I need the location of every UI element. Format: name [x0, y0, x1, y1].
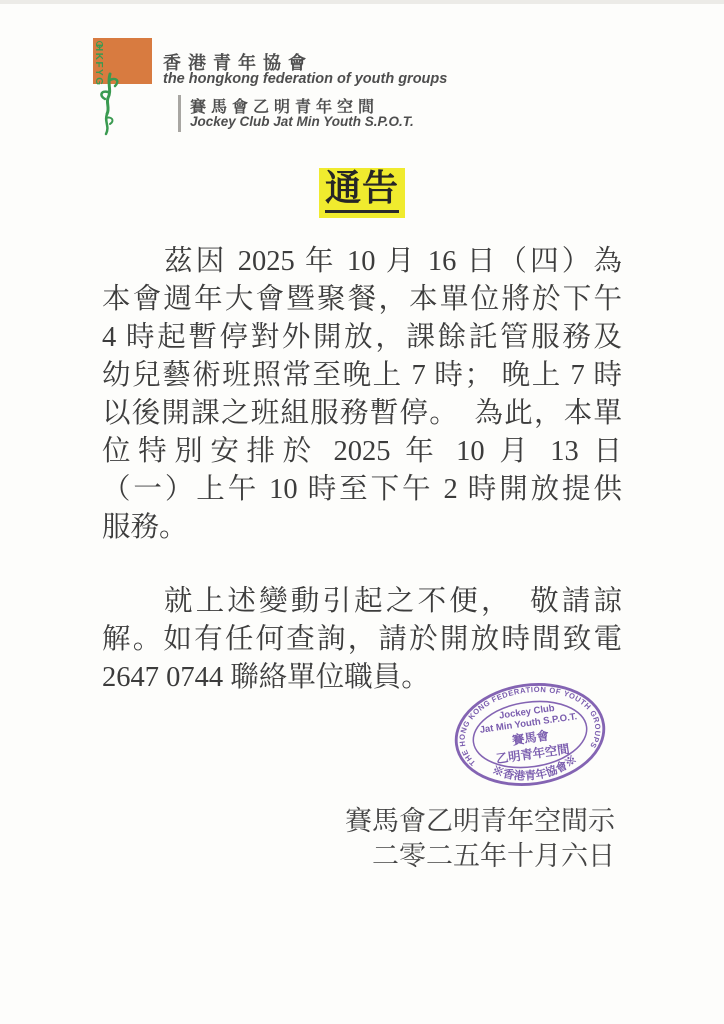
- title-highlight: 通告: [319, 168, 405, 218]
- para1-line7: （一）上午 10 時至下午 2 時開放提供: [102, 471, 622, 509]
- para1-line2: 本會週年大會暨聚餐，本單位將於下午: [102, 281, 622, 319]
- para1-line5: 以後開課之班組服務暫停。 為此，本單: [102, 395, 622, 433]
- para1-line3: 4 時起暫停對外開放，課餘託管服務及: [102, 319, 622, 357]
- signature-line: 賽馬會乙明青年空間示: [102, 804, 615, 839]
- para1-line8: 服務。: [102, 509, 622, 547]
- notice-title-wrap: 通告: [0, 168, 724, 218]
- date-line: 二零二五年十月六日: [102, 839, 615, 874]
- para2-line2: 解。如有任何查詢，請於開放時間致電: [102, 621, 622, 659]
- unit-name-en: Jockey Club Jat Min Youth S.P.O.T.: [190, 114, 414, 129]
- org-name-en: the hongkong federation of youth groups: [163, 71, 447, 87]
- scan-edge: [0, 0, 724, 4]
- para1-line1: 茲因 2025 年 10 月 16 日（四）為: [102, 243, 622, 281]
- official-stamp: THE HONG KONG FEDERATION OF YOUTH GROUPS…: [446, 673, 615, 797]
- para2-line1: 就上述變動引起之不便， 敬請諒: [102, 583, 622, 621]
- hkfyg-plant-icon: [96, 72, 134, 138]
- notice-document: HKFYG 香港青年協會 the hongkong federation of …: [0, 0, 724, 1024]
- notice-title: 通告: [325, 170, 399, 213]
- signature-block: 賽馬會乙明青年空間示 二零二五年十月六日: [102, 804, 615, 874]
- para1-line6: 位特別安排於 2025 年 10 月 13 日: [102, 433, 622, 471]
- paragraph-1: 茲因 2025 年 10 月 16 日（四）為 本會週年大會暨聚餐，本單位將於下…: [102, 243, 622, 547]
- unit-divider: [178, 95, 181, 132]
- para1-line4: 幼兒藝術班照常至晚上 7 時； 晚上 7 時: [102, 357, 622, 395]
